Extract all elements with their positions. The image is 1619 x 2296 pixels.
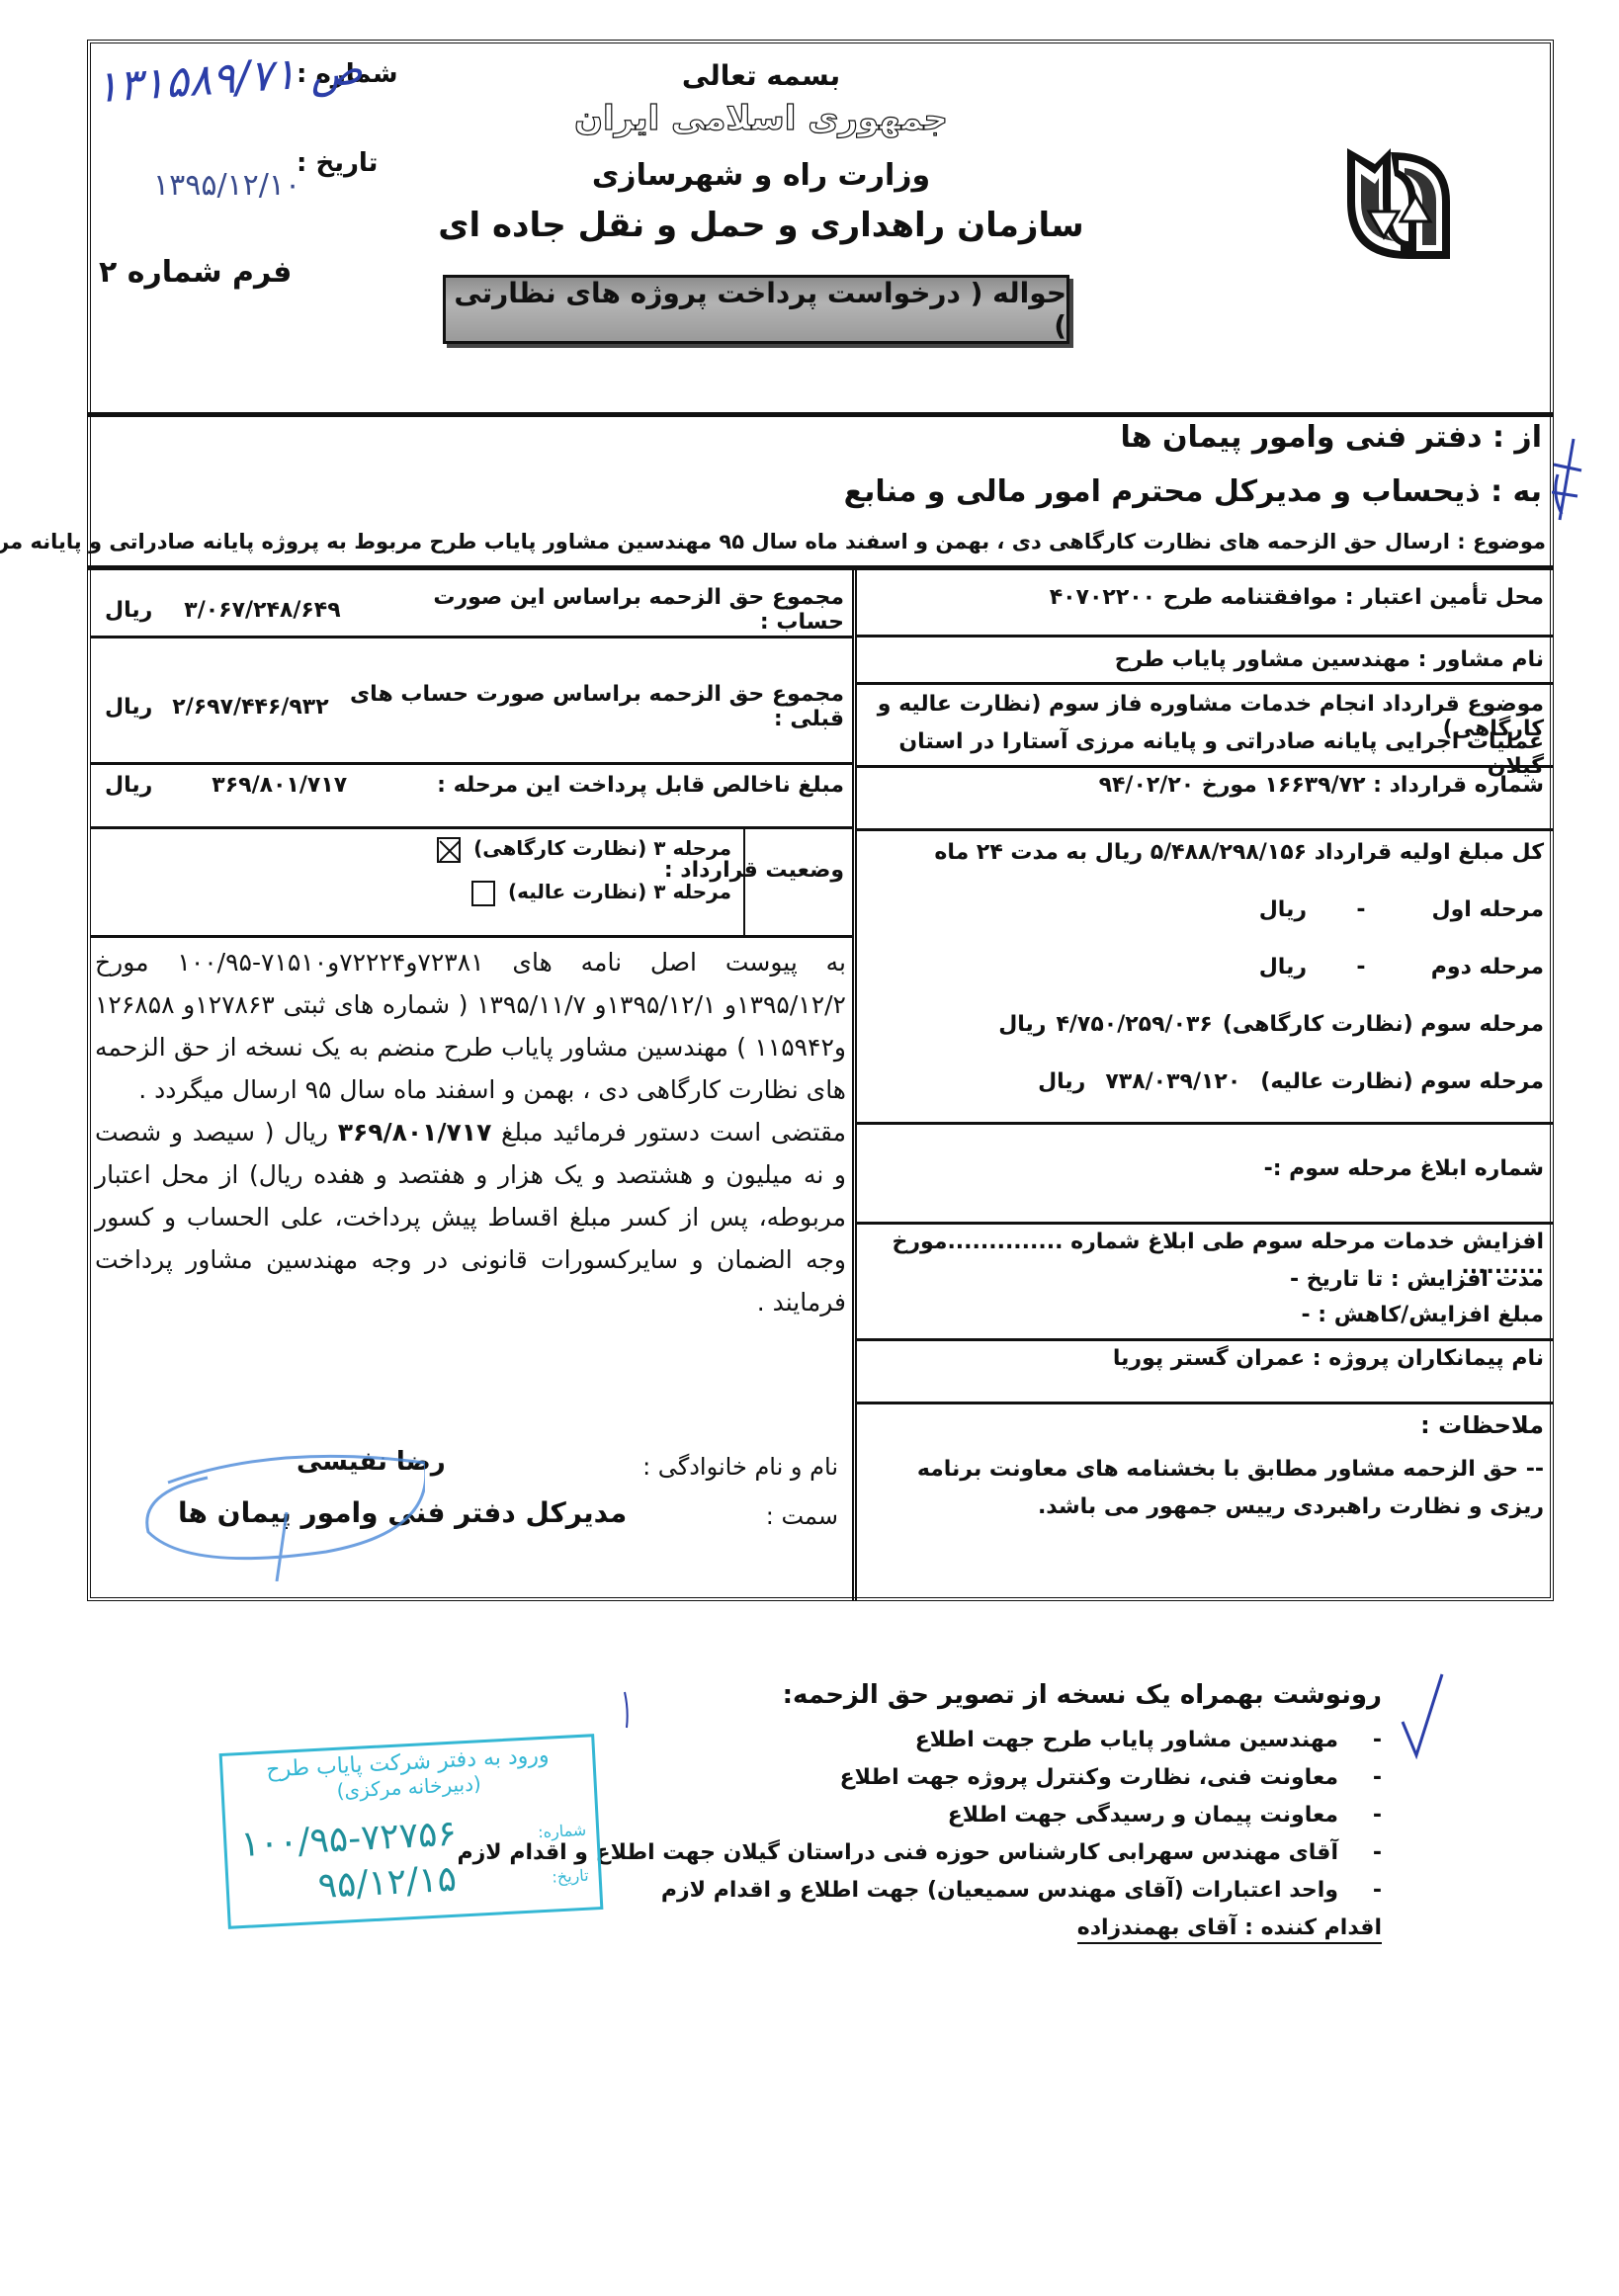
- receipt-stamp: ورود به دفتر شرکت پایاب طرح (دبیرخانه مر…: [219, 1734, 604, 1929]
- handwritten-date: ۱۳۹۵/۱۲/۱۰: [153, 168, 300, 203]
- net-payable-row: مبلغ ناخالص قابل پرداخت این مرحله : ۳۶۹/…: [91, 773, 852, 798]
- stage-label: مرحله دوم: [1415, 955, 1544, 979]
- stage-unit: ریال: [998, 1012, 1046, 1037]
- net-payable-value: ۳۶۹/۸۰۱/۷۱۷: [212, 773, 347, 798]
- increase-duration: مدت افزایش : تا تاریخ -: [857, 1267, 1554, 1292]
- body-text: به پیوست اصل نامه های ۷۲۳۸۱و۷۲۲۲۴و۷۱۵۱۰-…: [95, 941, 846, 1323]
- signer-title-label: سمت :: [766, 1502, 838, 1530]
- currency-label: ریال: [105, 695, 152, 720]
- to-line: به : ذیحساب و مدیرکل محترم امور مالی و م…: [844, 474, 1542, 509]
- stage-unit: ریال: [1038, 1069, 1085, 1094]
- row-divider: [91, 762, 852, 765]
- bismillah-heading: بسمه تعالی: [415, 59, 1107, 92]
- signature-icon: [128, 1443, 425, 1581]
- stage-value: -: [1317, 955, 1406, 979]
- signer-name-label: نام و نام خانوادگی :: [642, 1453, 838, 1481]
- dash: -: [1368, 1722, 1382, 1759]
- ministry-heading: وزارت راه و شهرسازی: [415, 158, 1107, 193]
- dash: -: [1368, 1759, 1382, 1797]
- stage-row: مرحله سوم (نظارت عالیه) ۷۳۸/۰۳۹/۱۲۰ ریال: [857, 1069, 1554, 1094]
- form-title-box: حواله ( درخواست پرداخت پروژه های نظارتی …: [443, 275, 1069, 344]
- republic-heading: جمهوری اسلامی ایران: [415, 99, 1107, 138]
- total-this-invoice-row: مجموع حق الزحمه براساس این صورت حساب : ۳…: [91, 585, 852, 635]
- funding-source: محل تأمین اعتبار : موافقتنامه طرح ۴۰۷۰۲۲…: [857, 585, 1554, 610]
- stamp-date-label: تاریخ:: [552, 1866, 589, 1887]
- stamp-number-label: شماره:: [538, 1821, 587, 1842]
- initial-contract-amount: کل مبلغ اولیه قرارداد ۵/۴۸۸/۲۹۸/۱۵۶ ریال…: [857, 840, 1554, 865]
- currency-label: ریال: [105, 773, 152, 798]
- action-by: اقدام کننده : آقای بهمندزاده: [1077, 1915, 1382, 1944]
- cc-title: رونوشت بهمراه یک نسخه از تصویر حق الزحمه…: [783, 1680, 1382, 1710]
- body-paragraph-2: مقتضی است دستور فرمائید مبلغ ۳۶۹/۸۰۱/۷۱۷…: [95, 1111, 846, 1323]
- cc-item-text: واحد اعتبارات (آقای مهندس سمیعیان) جهت ا…: [661, 1872, 1338, 1910]
- row-divider: [91, 826, 852, 829]
- row-divider: [857, 828, 1554, 831]
- body-text-part: مقتضی است دستور فرمائید مبلغ: [491, 1118, 846, 1147]
- status-option-high-level[interactable]: مرحله ۳ (نظارت عالیه): [366, 880, 739, 906]
- stage-label: مرحله سوم (نظارت کارگاهی): [1223, 1012, 1544, 1037]
- stage-value: ۴/۷۵۰/۲۵۹/۰۳۶: [1056, 1012, 1212, 1037]
- contract-number: شماره قرارداد : ۱۶۶۳۹/۷۲ مورخ ۹۴/۰۲/۲۰: [857, 773, 1554, 798]
- total-this-invoice-label: مجموع حق الزحمه براساس این صورت حساب :: [361, 585, 844, 635]
- row-divider: [857, 1222, 1554, 1225]
- subject-line: موضوع : ارسال حق الزحمه های نظارت کارگاه…: [83, 530, 1546, 553]
- status-divider: [743, 828, 745, 937]
- form-title: حواله ( درخواست پرداخت پروژه های نظارتی …: [446, 277, 1066, 342]
- dash: -: [1368, 1797, 1382, 1834]
- form-number: فرم شماره ۲: [99, 255, 292, 290]
- stage-row: مرحله دوم - ریال: [857, 955, 1554, 979]
- stage-value: ۷۳۸/۰۳۹/۱۲۰: [1095, 1069, 1250, 1094]
- body-paragraph-1: به پیوست اصل نامه های ۷۲۳۸۱و۷۲۲۲۴و۷۱۵۱۰-…: [95, 941, 846, 1111]
- stage-label: مرحله سوم (نظارت عالیه): [1260, 1069, 1544, 1094]
- net-payable-label: مبلغ ناخالص قابل پرداخت این مرحله :: [437, 773, 844, 798]
- checkbox-unchecked[interactable]: [471, 881, 495, 906]
- stage-unit: ریال: [1259, 955, 1307, 979]
- increase-amount: مبلغ افزایش/کاهش : -: [857, 1303, 1554, 1327]
- consultant-name: نام مشاور : مهندسین مشاور پایاب طرح: [857, 647, 1554, 672]
- checkbox-checked[interactable]: [437, 837, 461, 863]
- handwritten-initial-icon: [1552, 435, 1601, 524]
- dash: -: [1368, 1834, 1382, 1872]
- remarks-title: ملاحظات :: [857, 1411, 1554, 1439]
- row-divider: [857, 765, 1554, 768]
- row-divider: [91, 636, 852, 638]
- cc-item-text: معاونت فنی، نظارت وکنترل پروژه جهت اطلاع: [840, 1759, 1338, 1797]
- from-line: از : دفتر فنی وامور پیمان ها: [1120, 420, 1542, 455]
- dash: -: [1368, 1872, 1382, 1910]
- stage-unit: ریال: [1259, 897, 1307, 922]
- total-previous-value: ۲/۶۹۷/۴۴۶/۹۳۲: [172, 695, 328, 720]
- remarks-text: -- حق الزحمه مشاور مطابق با بخشنامه های …: [857, 1451, 1554, 1526]
- status-option-workshop[interactable]: مرحله ۳ (نظارت کارگاهی): [366, 836, 739, 863]
- project-contractors: نام پیمانکاران پروژه : عمران گستر پوریا: [857, 1346, 1554, 1371]
- row-divider: [857, 1402, 1554, 1404]
- contract-subject-line-2: عملیات اجرایی پایانه صادراتی و پایانه مر…: [857, 729, 1554, 779]
- payment-amount: ۳۶۹/۸۰۱/۷۱۷: [338, 1118, 492, 1147]
- subject-divider: [87, 565, 1554, 570]
- stamp-number-value: ۱۰۰/۹۵-۷۲۷۵۶: [239, 1814, 457, 1865]
- stage-row: مرحله اول - ریال: [857, 897, 1554, 922]
- organization-heading: سازمان راهداری و حمل و نقل جاده ای: [415, 206, 1107, 245]
- cc-item-text: معاونت پیمان و رسیدگی جهت اطلاع: [948, 1797, 1338, 1834]
- status-option-label: مرحله ۳ (نظارت کارگاهی): [473, 836, 731, 860]
- cc-item: -مهندسین مشاور پایاب طرح جهت اطلاع: [457, 1722, 1382, 1759]
- stage3-notice-number: شماره ابلاغ مرحله سوم :-: [857, 1156, 1554, 1181]
- stamp-date-value: ۹۵/۱۲/۱۵: [317, 1859, 458, 1907]
- stage-row: مرحله سوم (نظارت کارگاهی) ۴/۷۵۰/۲۵۹/۰۳۶ …: [857, 1012, 1554, 1037]
- checkmark-icon: [1399, 1670, 1448, 1759]
- total-this-invoice-value: ۳/۰۶۷/۲۴۸/۶۴۹: [184, 598, 340, 623]
- row-divider: [857, 682, 1554, 685]
- document-page: بسمه تعالی جمهوری اسلامی ایران وزارت راه…: [0, 0, 1619, 2296]
- row-divider: [857, 635, 1554, 638]
- date-label: تاریخ :: [297, 148, 378, 178]
- header-divider: [87, 412, 1554, 417]
- body-text-part: ریال ( سیصد و شصت و نه میلیون و هشتصد و …: [95, 1118, 846, 1317]
- total-previous-label: مجموع حق الزحمه براساس صورت حساب های قبل…: [339, 682, 844, 731]
- road-maintenance-org-logo-icon: [1339, 142, 1458, 265]
- total-previous-row: مجموع حق الزحمه براساس صورت حساب های قبل…: [91, 682, 852, 731]
- currency-label: ریال: [105, 598, 152, 623]
- cc-item-text: مهندسین مشاور پایاب طرح جهت اطلاع: [915, 1722, 1338, 1759]
- stage-label: مرحله اول: [1415, 897, 1544, 922]
- row-divider: [91, 935, 852, 938]
- row-divider: [857, 1338, 1554, 1341]
- status-option-label: مرحله ۳ (نظارت عالیه): [508, 880, 731, 903]
- row-divider: [857, 1122, 1554, 1125]
- stage-value: -: [1317, 897, 1406, 922]
